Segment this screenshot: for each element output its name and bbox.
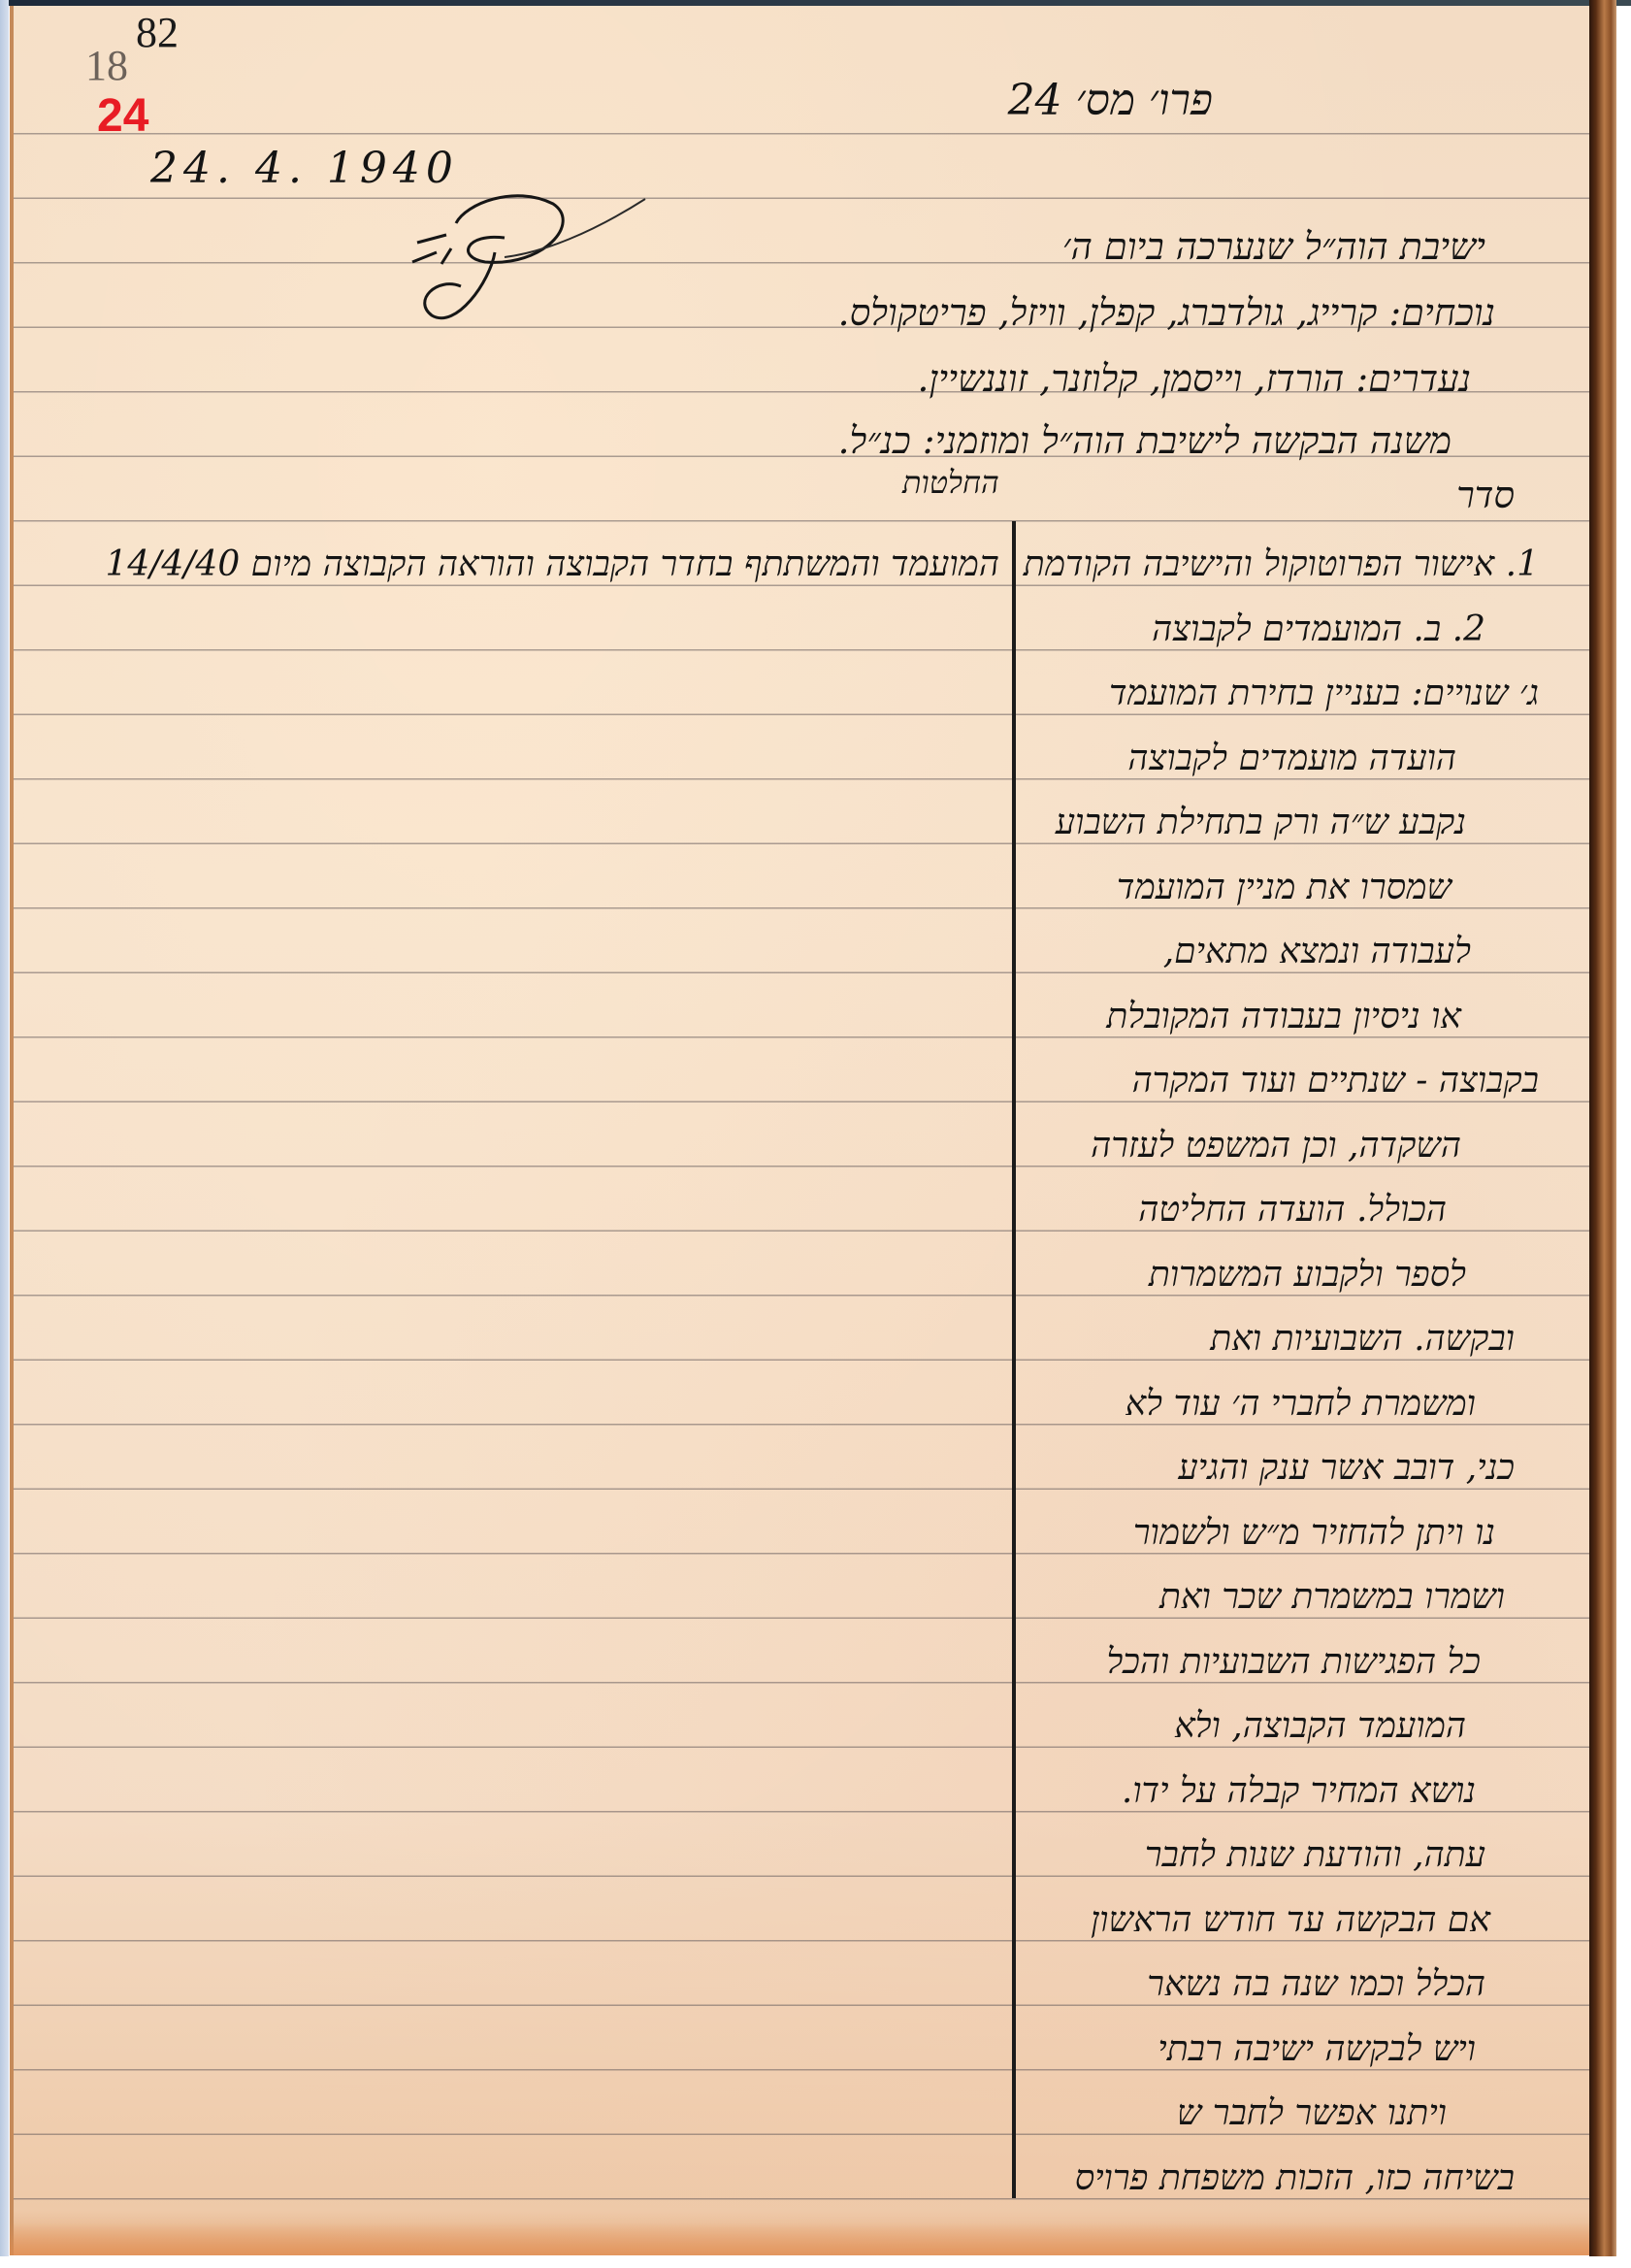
signature-icon xyxy=(398,184,650,330)
agenda-line: בקבוצה - שנתיים ועוד המקרה xyxy=(1132,1060,1539,1101)
header-line-absent: נעדרים: הורדז, וייסמן, קלוזנר, זוננשיין. xyxy=(917,357,1471,401)
agenda-line: ושמרו במשמרת שכר ואת xyxy=(1159,1576,1505,1617)
archive-stamp-number: 82 xyxy=(136,8,179,57)
agenda-line: הכלל וכמו שנה בה נשאר xyxy=(1147,1963,1485,2004)
header-line-meeting: ישיבת הוה״ל שנערכה ביום ה׳ xyxy=(1062,225,1485,269)
decisions-column-header: החלטות xyxy=(902,464,999,501)
header-line-present: נוכחים: קרייג, גולדברג, קפלן, וויזל, פרי… xyxy=(838,291,1496,335)
agenda-line: השקדה, וכן המשפט לעזרה xyxy=(1091,1125,1461,1166)
agenda-line: נקבע ש״ה ורק בתחילת השבוע xyxy=(1056,802,1466,842)
agenda-line: עתה, והודעת שנות לחבר xyxy=(1145,1834,1485,1875)
agenda-line: ומשמרת לחברי ה׳ עוד לא xyxy=(1125,1383,1476,1424)
agenda-line: אם הבקשה עד חודש הראשון xyxy=(1091,1899,1490,1940)
scan-left-edge xyxy=(0,0,9,2256)
agenda-line: 2. ב. המועמדים לקבוצה xyxy=(1152,608,1485,649)
agenda-line: ובקשה. השבועיות ואת xyxy=(1210,1318,1515,1359)
page-bottom-stain xyxy=(10,2222,1591,2255)
header-line-invited: משנה הבקשה לישיבת הוה״ל ומוזמני: כנ״ל. xyxy=(837,419,1452,463)
agenda-line: לעבודה ונמצא מתאים, xyxy=(1163,931,1471,971)
agenda-line: הועדה מועמדים לקבוצה xyxy=(1127,738,1456,778)
decision-item: המועמד והמשתתף בחדר הקבוצה והוראה הקבוצה… xyxy=(39,543,999,584)
agenda-column-header: סדר xyxy=(1456,474,1515,517)
agenda-line: 1. אישור הפרוטוקול והישיבה הקודמת xyxy=(1024,543,1539,584)
agenda-line: הכולל. הועדה החליטה xyxy=(1138,1189,1447,1230)
column-divider xyxy=(1012,521,1016,2198)
agenda-line: ויתנו אפשר לחבר ש xyxy=(1177,2092,1447,2133)
agenda-line: נו ויתן להחזיר מ״ש ולשמור xyxy=(1133,1512,1495,1553)
agenda-line: בשיחה כזו, הזכות משפחת פרויס xyxy=(1075,2157,1515,2198)
agenda-line: כל הפגישות השבועיות והכל xyxy=(1106,1641,1481,1682)
archive-stamp-prefix: 18 xyxy=(85,41,128,90)
protocol-number: פרו׳ מס׳ 24 xyxy=(893,76,1213,125)
agenda-line: לספר ולקבוע המשמרות xyxy=(1149,1254,1466,1295)
agenda-line: ויש לבקשה ישיבה רבתי xyxy=(1158,2028,1476,2069)
agenda-line: נושא המחיר קבלה על ידו. xyxy=(1122,1770,1476,1811)
agenda-line: כני, דובב אשר ענק והגיע xyxy=(1178,1447,1515,1488)
notebook-binding xyxy=(1589,0,1616,2256)
agenda-line: או ניסיון בעבודה המקובלת xyxy=(1106,996,1461,1036)
archive-page-number: 24 xyxy=(97,89,148,143)
agenda-line: שמסרו את מניין המועמד xyxy=(1117,867,1452,907)
agenda-line: ג׳ שנויים: בעניין בחירת המועמד xyxy=(1109,673,1539,713)
agenda-line: המועמד הקבוצה, ולא xyxy=(1174,1705,1466,1746)
